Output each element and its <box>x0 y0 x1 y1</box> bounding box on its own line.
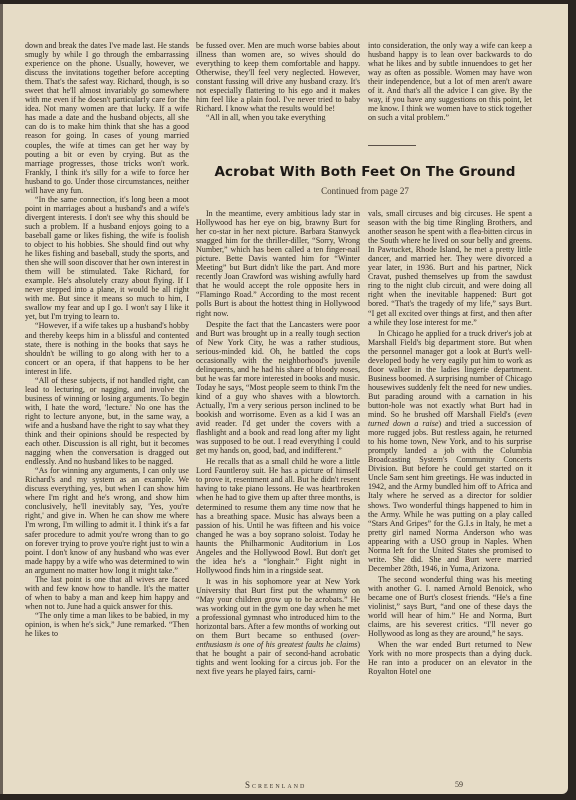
paragraph: When the war ended Burt returned to New … <box>368 640 532 676</box>
magazine-name-footer: Screenland <box>245 780 306 790</box>
middle-column-top: be fussed over. Men are much worse babie… <box>196 41 360 122</box>
text: ) and tried a succession of more rugged … <box>368 419 532 573</box>
magazine-page: down and break the dates I've made last.… <box>0 4 568 794</box>
article-middle-column: In the meantime, every ambitious lady st… <box>196 209 360 676</box>
article-headline: Acrobat With Both Feet On The Ground <box>190 164 540 180</box>
paragraph: “As for winning any arguments, I can onl… <box>25 466 189 575</box>
paragraph: be fussed over. Men are much worse babie… <box>196 41 360 113</box>
paragraph: “The only time a man likes to be babied,… <box>25 611 189 638</box>
paragraph: vals, small circuses and big circuses. H… <box>368 209 532 327</box>
paragraph: into consideration, the only way a wife … <box>368 41 532 122</box>
paragraph: He recalls that as a small child he wore… <box>196 457 360 575</box>
article-right-column: vals, small circuses and big circuses. H… <box>368 209 532 676</box>
paragraph: down and break the dates I've made last.… <box>25 41 189 195</box>
paragraph: In the meantime, every ambitious lady st… <box>196 209 360 318</box>
page-number: 59 <box>455 780 463 789</box>
paragraph: Despite the fact that the Lancasters wer… <box>196 320 360 456</box>
section-divider <box>368 145 416 146</box>
text: It was in his sophomore year at New York… <box>196 577 360 640</box>
text: In Chicago he applied for a truck driver… <box>368 329 532 419</box>
paragraph: The last point is one that all wives are… <box>25 575 189 611</box>
continued-from-note: Continued from page 27 <box>190 186 540 196</box>
paragraph: “However, if a wife takes up a husband's… <box>25 321 189 375</box>
paragraph: “All in all, when you take everything <box>196 113 360 122</box>
paragraph: “In the same connection, it's long been … <box>25 195 189 322</box>
paragraph: It was in his sophomore year at New York… <box>196 577 360 677</box>
right-column-top: into consideration, the only way a wife … <box>368 41 532 122</box>
paragraph: “All of these subjects, if not handled r… <box>25 376 189 466</box>
left-column: down and break the dates I've made last.… <box>25 41 189 638</box>
paragraph: The second wonderful thing was his meeti… <box>368 575 532 638</box>
paragraph: In Chicago he applied for a truck driver… <box>368 329 532 573</box>
